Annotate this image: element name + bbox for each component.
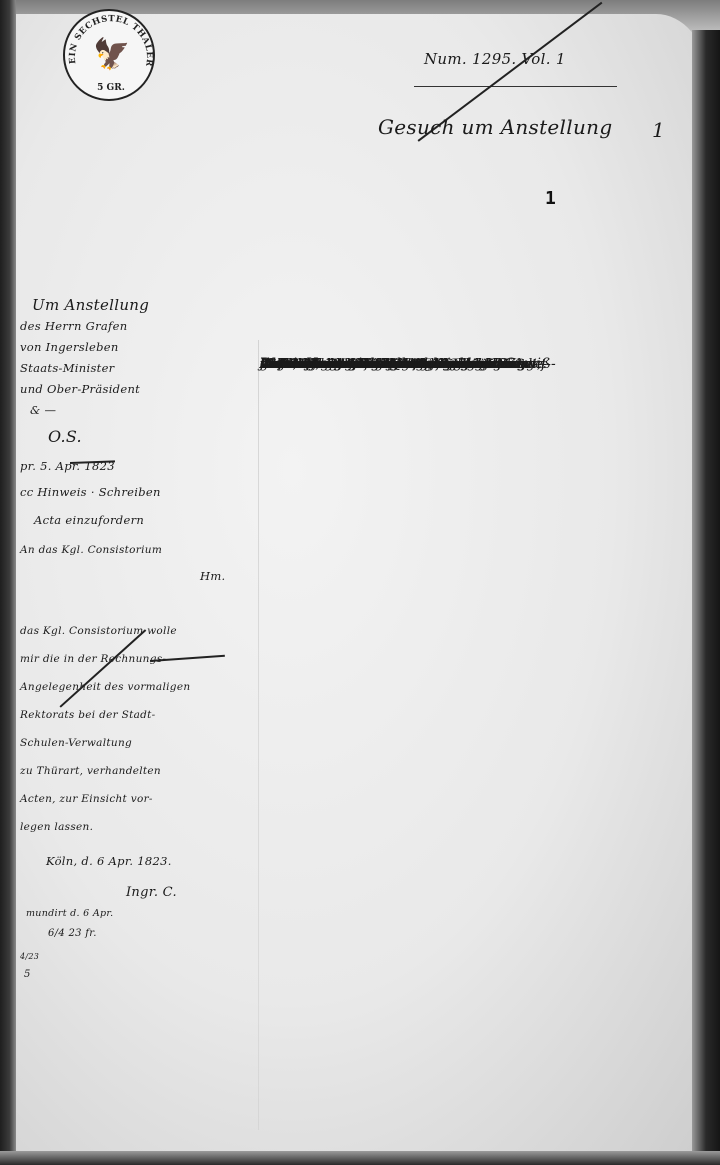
- margin-line: Um Anstellung: [32, 295, 272, 316]
- margin-line: legen lassen.: [20, 813, 260, 841]
- prussian-eagle-icon: 🦅: [93, 33, 129, 77]
- margin-line: 6/4 23 fr.: [48, 923, 288, 945]
- margin-line: Köln, d. 6 Apr. 1823.: [46, 841, 286, 881]
- margin-line: mir die in der Rechnungs-: [20, 645, 260, 673]
- margin-line: zu Thürart, verhandelten: [20, 757, 260, 785]
- bottom-page-edge: [0, 1151, 720, 1165]
- margin-line: cc Hinweis · Schreiben: [20, 479, 260, 505]
- margin-line: Staats-Minister: [20, 358, 260, 379]
- margin-line: & —: [30, 400, 270, 421]
- margin-line: Schulen-Verwaltung: [20, 729, 260, 757]
- margin-line: 4/23: [20, 945, 260, 969]
- margin-line: das Kgl. Consistorium wolle: [20, 617, 260, 645]
- margin-notes: Um Anstellung des Herrn Grafen von Inger…: [20, 295, 260, 981]
- margin-line: 5: [24, 969, 264, 981]
- margin-line: Acten, zur Einsicht vor-: [20, 785, 260, 813]
- page-number: 1: [545, 188, 556, 209]
- margin-line: von Ingersleben: [20, 337, 260, 358]
- margin-line: Acta einzufordern: [34, 505, 274, 535]
- margin-line: pr. 5. Apr. 1823: [20, 453, 260, 479]
- reference-number: Num. 1295. Vol. 1: [424, 50, 566, 68]
- right-page-edge: [692, 30, 720, 1165]
- margin-line: Angelegenheit des vormaligen: [20, 673, 260, 701]
- margin-line: Rektorats bei der Stadt-: [20, 701, 260, 729]
- column-divider: [258, 340, 259, 1130]
- margin-line: O.S.: [48, 421, 288, 453]
- folio-mark: 1: [652, 118, 665, 142]
- reference-underline: [414, 86, 617, 87]
- left-binding-edge: [0, 0, 16, 1165]
- document-heading: Gesuch um Anstellung: [378, 115, 612, 139]
- margin-line: An das Kgl. Consistorium: [20, 535, 260, 565]
- margin-line: des Herrn Grafen: [20, 316, 260, 337]
- margin-line: Hm.: [200, 565, 440, 587]
- stamp-value: 5 GR.: [65, 83, 157, 93]
- margin-line: Ingr. C.: [126, 881, 366, 905]
- margin-line: und Ober-Präsident: [20, 379, 260, 400]
- margin-line: mundirt d. 6 Apr.: [26, 905, 266, 923]
- revenue-stamp: EIN SECHSTEL THALER 🦅 5 GR.: [63, 9, 155, 101]
- body-line: stellung, wo ich darauf antrug die Ver-: [260, 350, 527, 380]
